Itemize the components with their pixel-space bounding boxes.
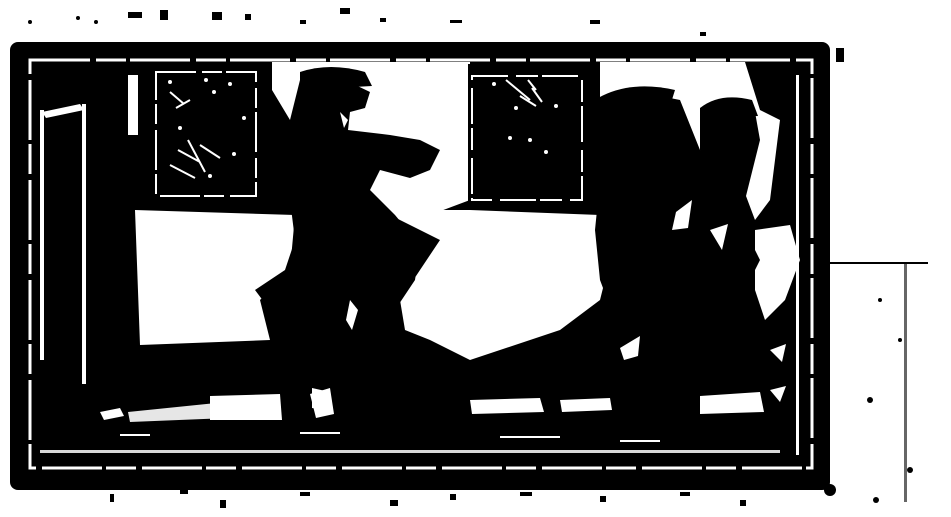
left-window	[140, 70, 270, 210]
woodcut-image	[0, 0, 951, 517]
right-window	[468, 64, 600, 202]
